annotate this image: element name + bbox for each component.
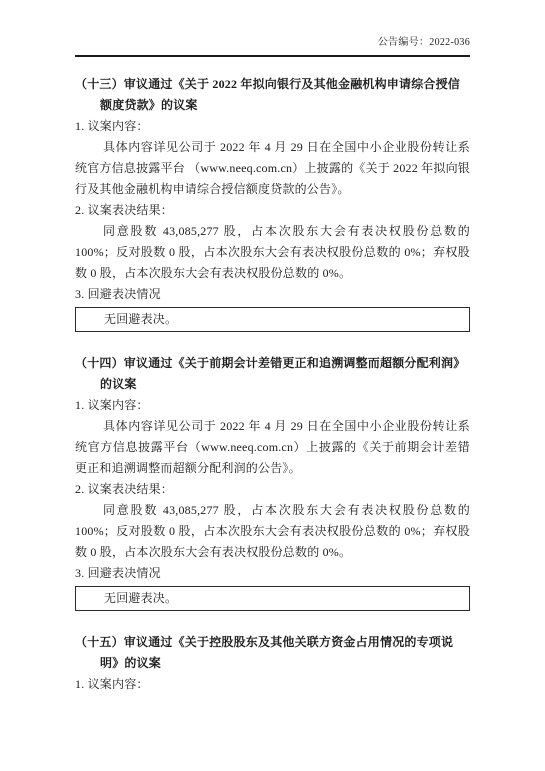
section-item-14: （十四）审议通过《关于前期会计差错更正和追溯调整而超额分配利润》的议案 1. 议… bbox=[75, 353, 470, 611]
item2-label: 2. 议案表决结果： bbox=[75, 200, 470, 221]
item3-label: 3. 回避表决情况 bbox=[75, 284, 470, 305]
section-heading: （十三）审议通过《关于 2022 年拟向银行及其他金融机构申请综合授信额度贷款》… bbox=[75, 74, 470, 116]
announcement-number: 公告编号：2022-036 bbox=[75, 36, 470, 49]
header-divider-rule bbox=[75, 55, 470, 57]
item1-label: 1. 议案内容： bbox=[75, 116, 470, 137]
content-paragraph: 具体内容详见公司于 2022 年 4 月 29 日在全国中小企业股份转让系统官方… bbox=[75, 137, 470, 200]
content-paragraph: 具体内容详见公司于 2022 年 4 月 29 日在全国中小企业股份转让系统官方… bbox=[75, 416, 470, 479]
document-page: 公告编号：2022-036 （十三）审议通过《关于 2022 年拟向银行及其他金… bbox=[0, 0, 545, 771]
vote-result-paragraph: 同意股数 43,085,277 股，占本次股东大会有表决权股份总数的 100%；… bbox=[75, 221, 470, 284]
section-heading: （十五）审议通过《关于控股股东及其他关联方资金占用情况的专项说明》的议案 bbox=[75, 632, 470, 674]
section-heading: （十四）审议通过《关于前期会计差错更正和追溯调整而超额分配利润》的议案 bbox=[75, 353, 470, 395]
item2-label: 2. 议案表决结果： bbox=[75, 479, 470, 500]
item3-label: 3. 回避表决情况 bbox=[75, 563, 470, 584]
section-item-15: （十五）审议通过《关于控股股东及其他关联方资金占用情况的专项说明》的议案 1. … bbox=[75, 632, 470, 695]
vote-result-paragraph: 同意股数 43,085,277 股，占本次股东大会有表决权股份总数的 100%；… bbox=[75, 500, 470, 563]
section-item-13: （十三）审议通过《关于 2022 年拟向银行及其他金融机构申请综合授信额度贷款》… bbox=[75, 74, 470, 332]
recusal-note: 无回避表决。 bbox=[104, 588, 463, 608]
recusal-box: 无回避表决。 bbox=[75, 307, 470, 332]
item1-label: 1. 议案内容： bbox=[75, 395, 470, 416]
item1-label: 1. 议案内容： bbox=[75, 674, 470, 695]
recusal-box: 无回避表决。 bbox=[75, 586, 470, 611]
recusal-note: 无回避表决。 bbox=[104, 309, 463, 329]
